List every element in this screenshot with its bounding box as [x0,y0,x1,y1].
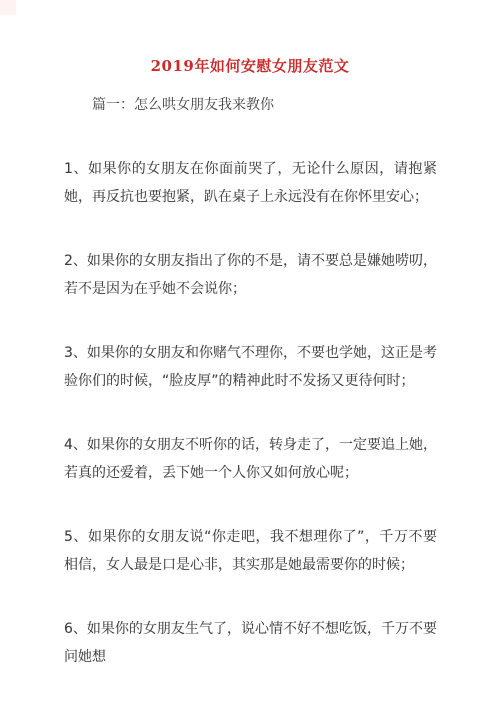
paragraph-2: 2、如果你的女朋友指出了你的不是，请不要总是嫌她唠叨，若不是因为在乎她不会说你； [64,247,437,303]
document-title: 2019年如何安慰女朋友范文 [0,0,500,80]
paragraph-1: 1、如果你的女朋友在你面前哭了，无论什么原因，请抱紧她，再反抗也要抱紧，趴在桌子… [64,155,437,211]
paragraph-4: 4、如果你的女朋友不听你的话，转身走了，一定要追上她，若真的还爱着，丢下她一个人… [64,431,437,487]
corner-watermark [0,0,16,15]
section-heading: 篇一：怎么哄女朋友我来教你 [64,91,437,119]
document-page: 2019年如何安慰女朋友范文 篇一：怎么哄女朋友我来教你 1、如果你的女朋友在你… [0,0,500,707]
document-body: 篇一：怎么哄女朋友我来教你 1、如果你的女朋友在你面前哭了，无论什么原因，请抱紧… [0,91,500,671]
paragraph-5: 5、如果你的女朋友说“你走吧，我不想理你了”，千万不要相信，女人最是口是心非，其… [64,523,437,579]
paragraph-3: 3、如果你的女朋友和你赌气不理你，不要也学她，这正是考验你们的时候，“脸皮厚”的… [64,339,437,395]
paragraph-6: 6、如果你的女朋友生气了，说心情不好不想吃饭，千万不要问她想 [64,615,437,671]
